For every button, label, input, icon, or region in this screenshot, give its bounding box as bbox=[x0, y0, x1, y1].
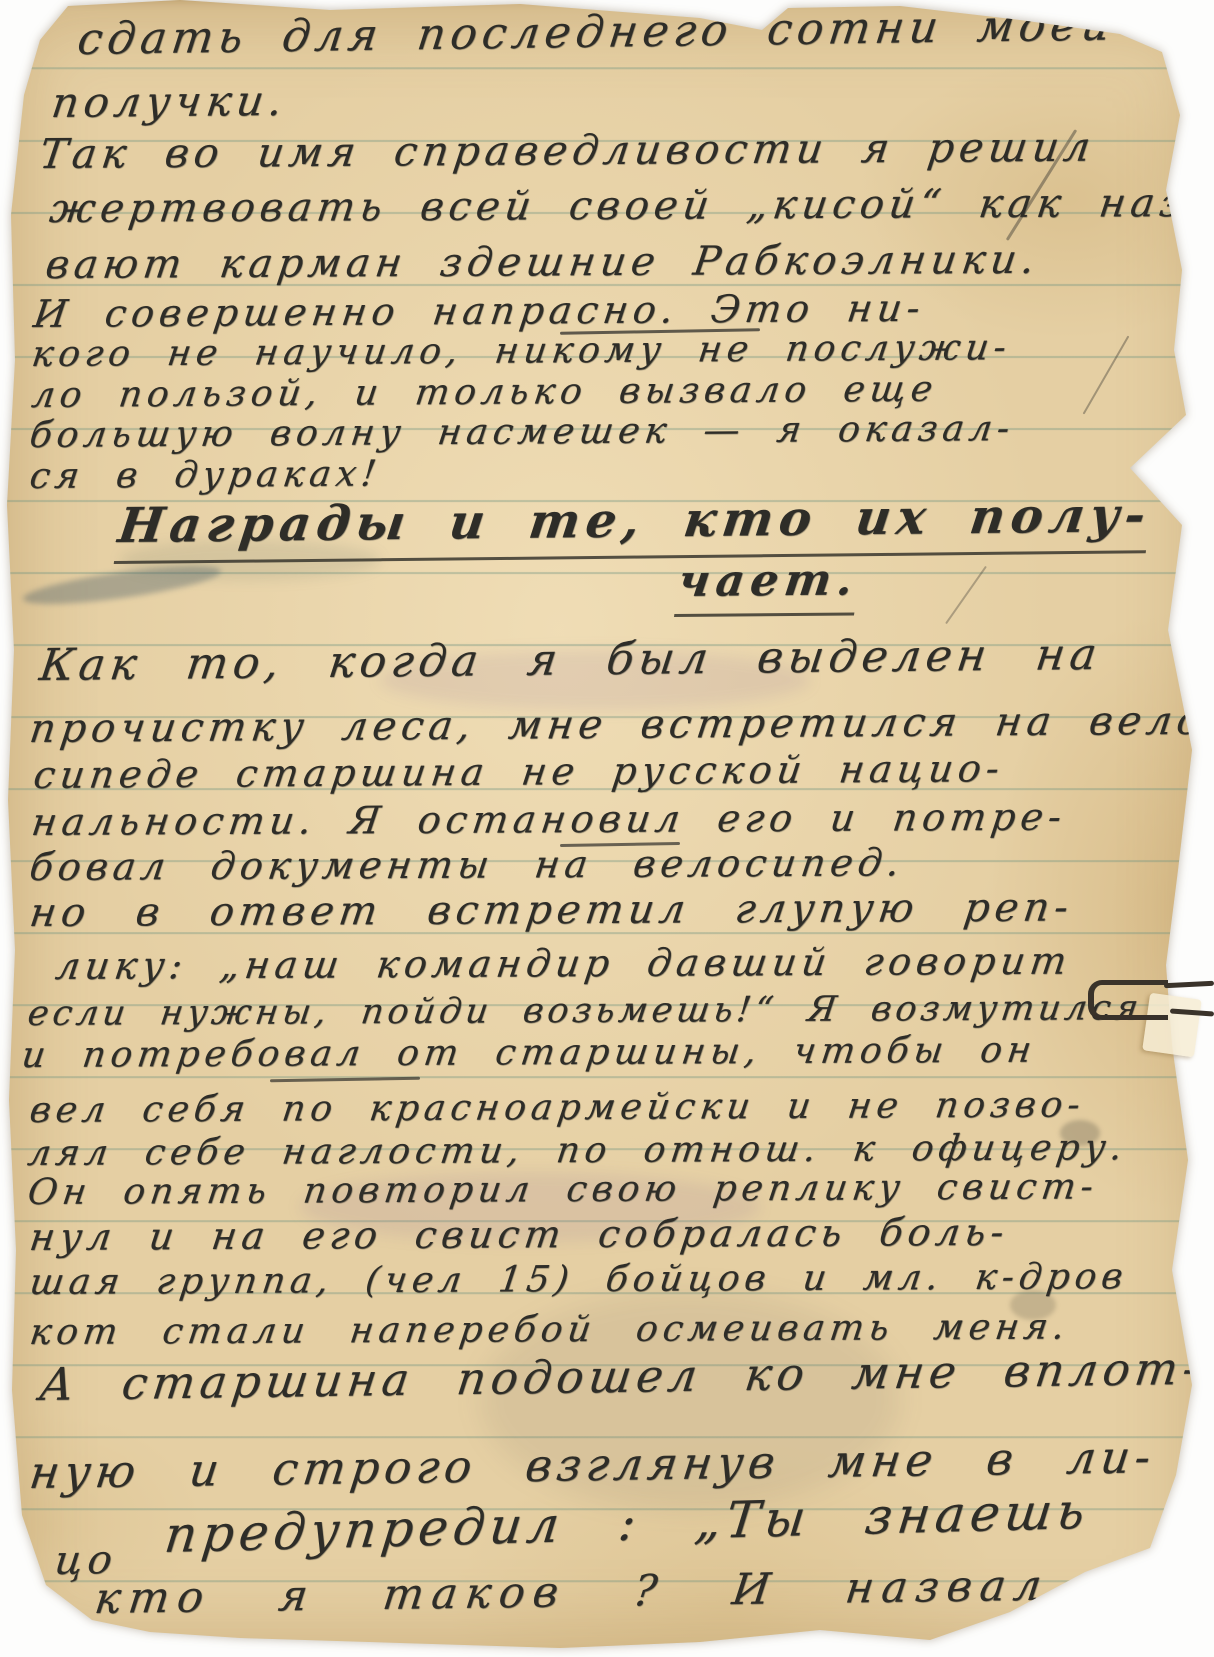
paper-clip-bend bbox=[1088, 980, 1168, 1020]
handwritten-line: если нужны, пойди возьмешь!“ Я возмутилс… bbox=[25, 988, 1144, 1034]
handwritten-line: получки. bbox=[49, 76, 291, 127]
handwritten-line: вают карман здешние Рабкоэлники. bbox=[43, 237, 1042, 288]
handwritten-line: вел себя по красноармейски и не позво- bbox=[27, 1084, 1087, 1131]
section-heading-line: Награды и те, кто их полу- bbox=[114, 487, 1155, 564]
notebook-page: сдать для последнего сотни моей — получк… bbox=[0, 0, 1214, 1657]
scan-background: сдать для последнего сотни моей — получк… bbox=[0, 0, 1214, 1657]
handwritten-line: большую волну насмешек — я оказал- bbox=[27, 408, 1017, 456]
page-wrapper: сдать для последнего сотни моей — получк… bbox=[0, 0, 1214, 1657]
handwritten-line: прочистку леса, мне встретился на вело- bbox=[27, 698, 1214, 752]
section-heading-text: Награды и те, кто их полу- bbox=[114, 487, 1155, 564]
handwritten-line: бовал документы на велосипед. bbox=[27, 840, 907, 889]
handwritten-line: жертвовать всей своей „кисой“ как назы- bbox=[47, 180, 1214, 232]
handwritten-line: лику: „наш командир давший говорит bbox=[53, 939, 1074, 988]
section-heading-line: чает. bbox=[674, 554, 862, 617]
handwritten-line: шая группа, (чел 15) бойцов и мл. к-дров bbox=[27, 1256, 1130, 1303]
handwritten-line: нальности. Я остановил его и потре- bbox=[29, 795, 1069, 844]
handwritten-line: Так во имя справедливости я решил bbox=[37, 123, 1098, 178]
handwritten-line: нул и на его свист собралась боль- bbox=[27, 1210, 1012, 1259]
section-heading-text: чает. bbox=[674, 554, 862, 617]
handwritten-line: но в ответ встретил глупую реп- bbox=[27, 885, 1076, 936]
handwritten-line: ся в дураках! bbox=[27, 454, 383, 497]
handwritten-line: сипеде старшина не русской нацио- bbox=[31, 746, 1007, 797]
handwritten-line: Он опять повторил свою реплику свист- bbox=[25, 1166, 1100, 1213]
handwritten-line: кого не научило, никому не послужи- bbox=[29, 327, 1013, 375]
handwritten-line: и потребовал от старшины, чтобы он bbox=[19, 1030, 1039, 1076]
